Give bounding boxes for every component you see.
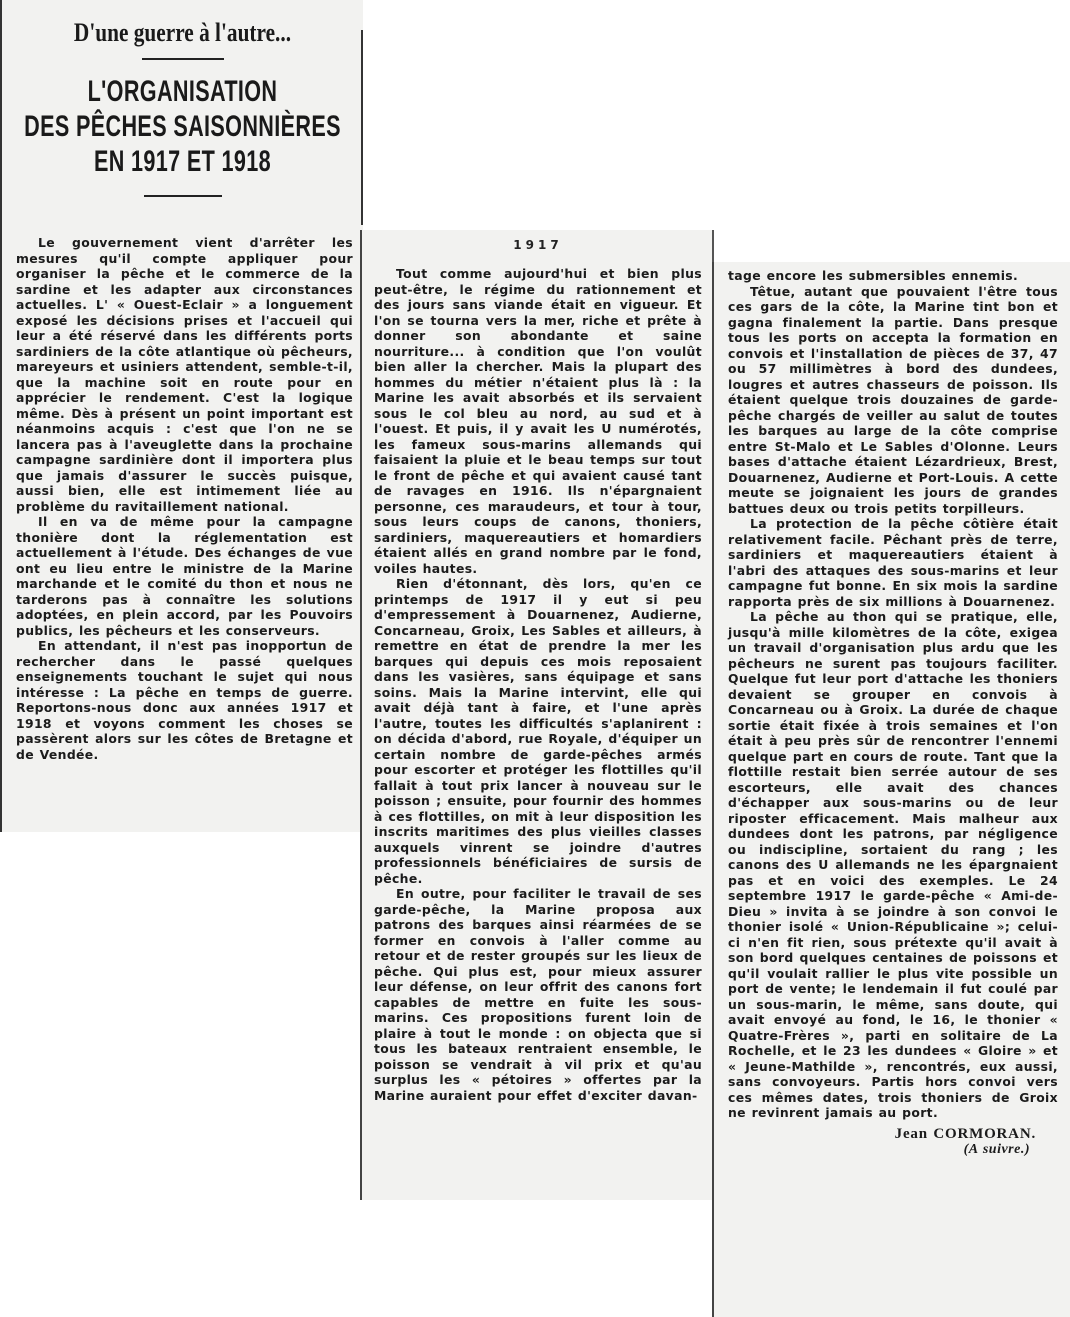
headline-line: EN 1917 ET 1918 (24, 144, 342, 179)
paragraph: Le gouvernement vient d'arrêter les mesu… (16, 235, 353, 514)
headline: L'ORGANISATION DES PÊCHES SAISONNIÈRES E… (24, 74, 342, 179)
paragraph: La protection de la pêche côtière était … (728, 516, 1058, 609)
intro-text: Le gouvernement vient d'arrêter les mesu… (16, 235, 353, 762)
column-3: tage encore les submersibles ennemis. Tê… (712, 262, 1070, 1317)
divider (142, 58, 224, 60)
column-2-text: Tout comme aujourd'hui et bien plus peut… (374, 266, 702, 1103)
paragraph: En attendant, il n'est pas inopportun de… (16, 638, 353, 762)
paragraph: En outre, pour faciliter le travail de s… (374, 886, 702, 1103)
headline-line: L'ORGANISATION (24, 74, 342, 109)
to-be-continued: (A suivre.) (728, 1142, 1058, 1158)
paragraph: Rien d'étonnant, dès lors, qu'en ce prin… (374, 576, 702, 886)
column-2: 1917 Tout comme aujourd'hui et bien plus… (360, 230, 714, 1200)
paragraph: Têtue, autant que pouvaient l'être tous … (728, 284, 1058, 517)
kicker: D'une guerre à l'autre... (34, 18, 330, 48)
paragraph: Il en va de même pour la campagne thoniè… (16, 514, 353, 638)
paragraph: La pêche au thon qui se pratique, elle, … (728, 609, 1058, 1121)
column-1: D'une guerre à l'autre... L'ORGANISATION… (0, 0, 363, 832)
headline-line: DES PÊCHES SAISONNIÈRES (24, 109, 342, 144)
divider (144, 195, 222, 197)
author-signature: Jean CORMORAN. (728, 1127, 1058, 1143)
paragraph: tage encore les submersibles ennemis. (728, 268, 1058, 284)
section-heading: 1917 (362, 230, 714, 252)
paragraph: Tout comme aujourd'hui et bien plus peut… (374, 266, 702, 576)
column-3-text: tage encore les submersibles ennemis. Tê… (728, 268, 1058, 1158)
